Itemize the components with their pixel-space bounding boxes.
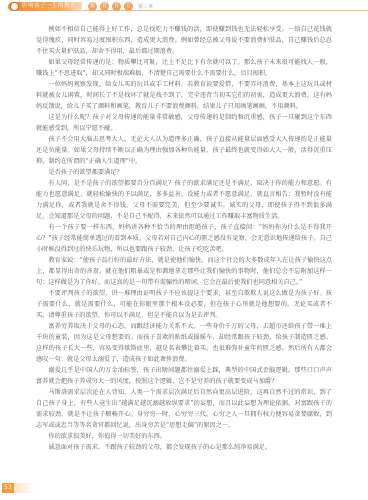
subheading: 是否孩子的欲望都要满足？ <box>36 167 332 178</box>
page-number: 53 <box>2 483 14 493</box>
paragraph: 教育家说：“使孩子品行好的最好方法，就是使他们愉快。而这个社会的大多数成年人在让… <box>36 255 332 288</box>
paragraph: 你的欲求很美好，你值得一切美好的东西。 <box>36 431 332 442</box>
paragraph: 有人问，是不是孩子的欲望都要百分百满足？孩子的欲求满足还是不满足，取决于你的能力… <box>36 178 332 222</box>
paragraph: 诚意面对孩子需求，不跟孩子较劲的父母，都会发现孩子的心是那么纯净易满足。 <box>36 442 332 453</box>
body-text: 例如不相信自己能得上好工作，总是找吃力不赚钱的活，即使赚到钱也无法轻松享受。一给… <box>36 24 332 453</box>
paragraph: 有一个孩子要一样东西，妈妈讲各种不恰当的理由拒绝孩子，孩子直接问：“妈妈你为什么… <box>36 222 332 255</box>
paragraph: 溺爱几乎是中国人的万金油标签，孩子出啥问题都往溺爱上踩，典型的中国式歪脑逻辑。那… <box>36 365 332 387</box>
page-number-fade <box>14 483 34 493</box>
paragraph: 这是为什么呢？孩子对父母传递的能量非常敏感，父母传递的是制约和沉重感，孩子一旦碰… <box>36 112 332 134</box>
paragraph: 例如不相信自己能得上好工作，总是找吃力不赚钱的活，即使赚到钱也无法轻松享受。一给… <box>36 24 332 57</box>
paragraph: 一位妈妈观察发现，给女儿买的玩具或手工材料，若教育说要爱惜，不要弄坏浪费，基本上… <box>36 79 332 112</box>
paragraph: 不要评判孩子的欲望，讲一堆理由证明孩子不应该提这个要求，甚至自欺欺人说这么做是为… <box>36 288 332 321</box>
logo-icon <box>10 2 19 11</box>
header-rule <box>82 10 368 11</box>
series-title: 影响孩子一生的教育 <box>22 2 76 11</box>
paragraph: 如果父母经常传递的是：物质攀比可耻，比上不足比下有余就可以了。那么孩子未来很可能… <box>36 57 332 79</box>
chapter-label: 第三章 <box>138 3 153 10</box>
page-header: 影响孩子一生的教育 教 育 有 方 第三章 <box>0 0 368 14</box>
paragraph: 富养穷养取决于父母的心态，而跟经济能力关系不大。一些身价千万的父母，去超市还给孩… <box>36 321 332 365</box>
paragraph: 马斯洛需求层次论在人背知，人类一个需求层次满足后自然向更高层进阶，这再自然不过的… <box>36 387 332 431</box>
paragraph: 孩子不会用大脑去思考大人，无论大人认为道理多正确，孩子直接从能量层面感受大人传递… <box>36 134 332 167</box>
